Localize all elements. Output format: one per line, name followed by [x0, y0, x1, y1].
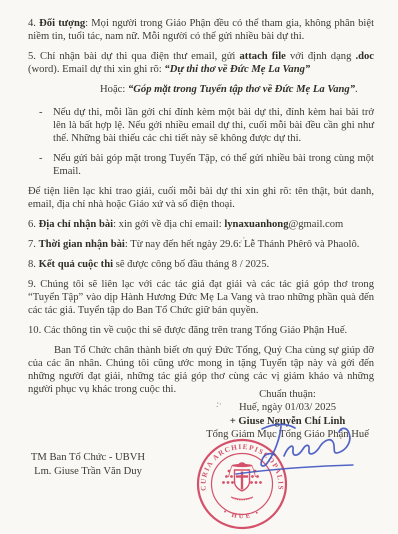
paragraph-item-10: 10. Các thông tin về cuộc thi sẽ được đă…: [28, 324, 374, 337]
stamp-ring-text-bottom: • HUE •: [222, 509, 262, 521]
paragraph-item-9: 9. Chúng tôi sẽ liên lạc với các tác giả…: [28, 278, 374, 317]
approval-block: Chuẩn thuận: Huế, ngày 01/03/ 2025 + Giu…: [185, 388, 390, 441]
ink-speck: ·̕: [240, 236, 242, 246]
paragraph-item-6: 6. Địa chỉ nhận bài: xin gởi về địa chỉ …: [28, 218, 374, 231]
paragraph-item-5: 5. Chỉ nhận bài dự thi qua điện thư emai…: [28, 50, 374, 76]
approval-title: Chuẩn thuận:: [185, 388, 390, 401]
scanned-document-page: { "page": { "bg": "#f9f8f4", "ink": "#3f…: [0, 0, 398, 534]
committee-signature-block: TM Ban Tổ Chức - UBVH Lm. Giuse Trần Văn…: [24, 451, 152, 480]
bullet-item-entry-rule-text: Nếu dự thi, mỗi lần gởi chỉ đính kèm một…: [53, 107, 374, 144]
committee-line: TM Ban Tổ Chức - UBVH: [24, 451, 152, 465]
bullet-dash: -: [39, 106, 43, 119]
paragraph-item-4: 4. Đối tượng: Mọi người trong Giáo Phận …: [28, 17, 374, 43]
approval-place-date: Huế, ngày 01/03/ 2025: [185, 401, 390, 414]
paragraph-contact-info: Để tiện liên lạc khi trao giải, cuối mỗi…: [28, 185, 374, 211]
bullet-item-entry-rule: -Nếu dự thi, mỗi lần gởi chỉ đính kèm mộ…: [28, 106, 374, 145]
archbishop-name: + Giuse Nguyễn Chí Linh: [185, 415, 390, 428]
bullet-dash: -: [39, 152, 43, 165]
archdiocese-stamp: CURIA ARCHIEPISCOPALIS • HUE •: [195, 437, 289, 531]
paragraph-item-7: 7. Thời gian nhận bài: Từ nay đến hết ng…: [28, 238, 374, 251]
committee-priest-name: Lm. Giuse Trần Văn Duy: [24, 465, 152, 479]
stamp-motto-banner: [231, 497, 253, 500]
paragraph-alternative-subject: Hoặc: “Góp mặt trong Tuyển tập thơ về Đứ…: [28, 83, 374, 96]
paragraph-item-8: 8. Kết quả cuộc thi sẽ được công bố đầu …: [28, 258, 374, 271]
document-body: 4. Đối tượng: Mọi người trong Giáo Phận …: [0, 0, 398, 403]
bullet-item-anthology-rule-text: Nếu gửi bài góp mặt trong Tuyển Tập, có …: [53, 153, 374, 177]
stamp-shield-cross-icon: [235, 470, 250, 491]
bullet-item-anthology-rule: -Nếu gửi bài góp mặt trong Tuyển Tập, có…: [28, 152, 374, 178]
